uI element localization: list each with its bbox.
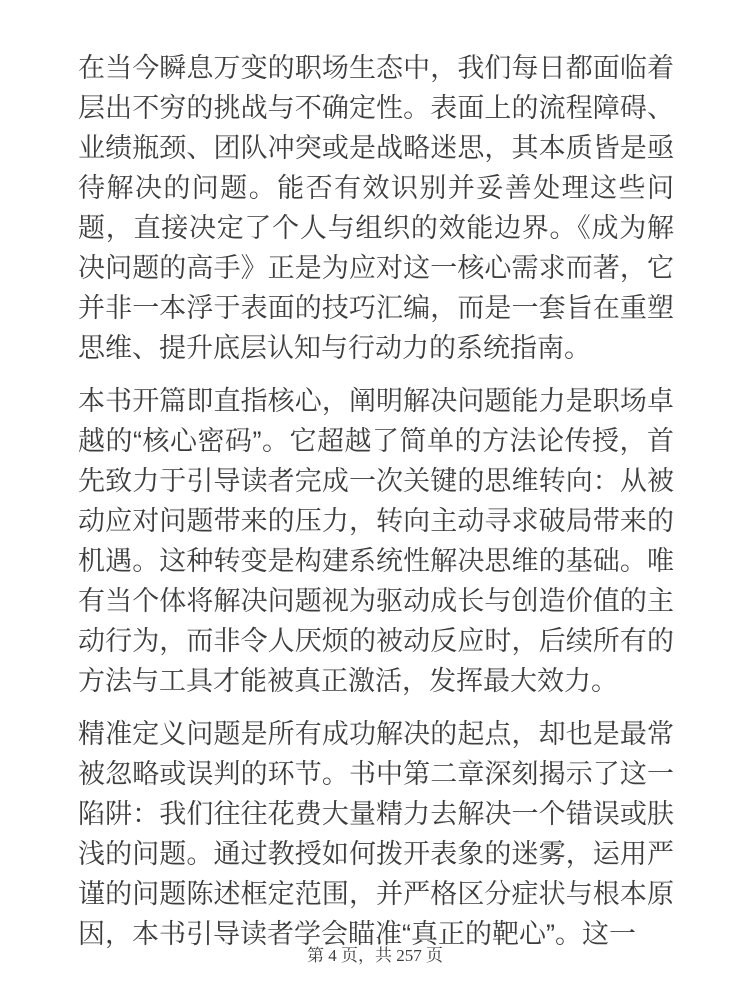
document-page: 在当今瞬息万变的职场生态中，我们每日都面临着层出不穷的挑战与不确定性。表面上的流… xyxy=(0,0,750,1000)
page-number-footer: 第 4 页，共 257 页 xyxy=(0,946,750,966)
paragraph-1: 在当今瞬息万变的职场生态中，我们每日都面临着层出不穷的挑战与不确定性。表面上的流… xyxy=(78,48,674,368)
document-body: 在当今瞬息万变的职场生态中，我们每日都面临着层出不穷的挑战与不确定性。表面上的流… xyxy=(78,48,674,954)
paragraph-3: 精准定义问题是所有成功解决的起点，却也是最常被忽略或误判的环节。书中第二章深刻揭… xyxy=(78,714,674,954)
paragraph-2: 本书开篇即直指核心，阐明解决问题能力是职场卓越的“核心密码”。它超越了简单的方法… xyxy=(78,381,674,701)
